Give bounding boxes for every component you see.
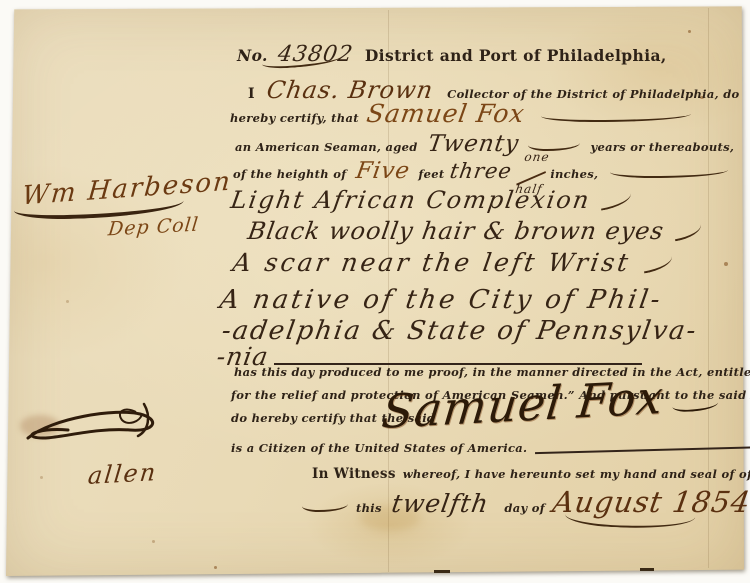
hair-eyes-line: Black woolly hair & brown eyes (248, 219, 702, 243)
date-line: this twelfth day of August 1854 (302, 488, 750, 517)
witness-line: In Witness whereof, I have hereunto set … (312, 466, 750, 482)
marks-entry: A scar near the left Wrist (231, 250, 633, 275)
native-entry-1: A native of the City of Phil- (218, 287, 665, 313)
certificate-content: No. 43802 District and Port of Philadelp… (0, 0, 750, 583)
foxing-spot (152, 540, 155, 543)
printed-witness-rest: whereof, I have hereunto set my hand and… (403, 467, 750, 481)
paper-edge-mark (640, 568, 654, 571)
collector-paraph-signature (24, 402, 174, 460)
seaman-signature-text: Samuel Fox (380, 374, 666, 435)
citizen-underline (535, 446, 750, 454)
printed-thereabouts: years or thereabouts, (590, 140, 734, 154)
printed-feet: feet (418, 167, 444, 181)
deputy-title-text: Dep Coll (107, 216, 200, 240)
age-line: an American Seaman, aged Twenty years or… (235, 133, 734, 156)
flourish-hook (600, 193, 634, 210)
inches-entry: three (449, 161, 514, 182)
native-entry-2: -adelphia & State of Pennsylva- (220, 318, 700, 344)
printed-citizen: is a Citizen of the United States of Ame… (231, 441, 527, 455)
seaman-name-entry: Samuel Fox (365, 101, 527, 126)
native-line-1: A native of the City of Phil- (220, 287, 663, 313)
seaman-signature: Samuel Fox (381, 371, 719, 435)
district-title: District and Port of Philadelphia, (365, 46, 667, 65)
certify-line: hereby certify, that Samuel Fox (230, 101, 691, 126)
printed-i: I (248, 86, 255, 102)
foxing-spot (40, 476, 43, 479)
native-line-2: -adelphia & State of Pennsylva- (222, 318, 697, 344)
hair-eyes-entry: Black woolly hair & brown eyes (246, 219, 666, 243)
printed-in-witness: In Witness (312, 466, 396, 482)
printed-day-of: day of (504, 501, 545, 515)
marks-line: A scar near the left Wrist (233, 250, 673, 275)
foxing-spot (214, 566, 217, 569)
flourish-dash (541, 113, 691, 122)
complexion-entry: Light African Complexion (229, 188, 592, 212)
signature-flourish (672, 401, 718, 412)
age-entry: Twenty (426, 133, 521, 156)
flourish-dash (610, 169, 728, 178)
countersignature-text: allen (87, 460, 159, 488)
scanned-certificate: No. 43802 District and Port of Philadelp… (0, 0, 750, 583)
height-line: of the heighth of Five feet three one ha… (233, 160, 728, 186)
feet-entry: Five (355, 160, 413, 183)
day-entry: twelfth (390, 491, 491, 516)
foxing-spot (688, 30, 691, 33)
half-inch-fraction: one half (510, 160, 552, 186)
countersignature: allen (87, 460, 157, 488)
citizen-line: is a Citizen of the United States of Ame… (231, 441, 750, 455)
leading-flourish (302, 503, 348, 512)
printed-hereby-certify: hereby certify, that (230, 111, 359, 125)
paper-edge-mark (434, 570, 450, 573)
printed-inches: inches, (550, 167, 598, 181)
printed-this: this (356, 501, 382, 515)
printed-aged: an American Seaman, aged (235, 140, 418, 154)
foxing-spot (66, 300, 69, 303)
printed-heighth: of the heighth of (233, 167, 346, 181)
flourish-hook (642, 256, 674, 273)
complexion-line: Light African Complexion (231, 188, 632, 212)
flourish-hook (673, 225, 703, 242)
foxing-spot (724, 262, 728, 266)
deputy-title: Dep Coll (108, 216, 200, 240)
